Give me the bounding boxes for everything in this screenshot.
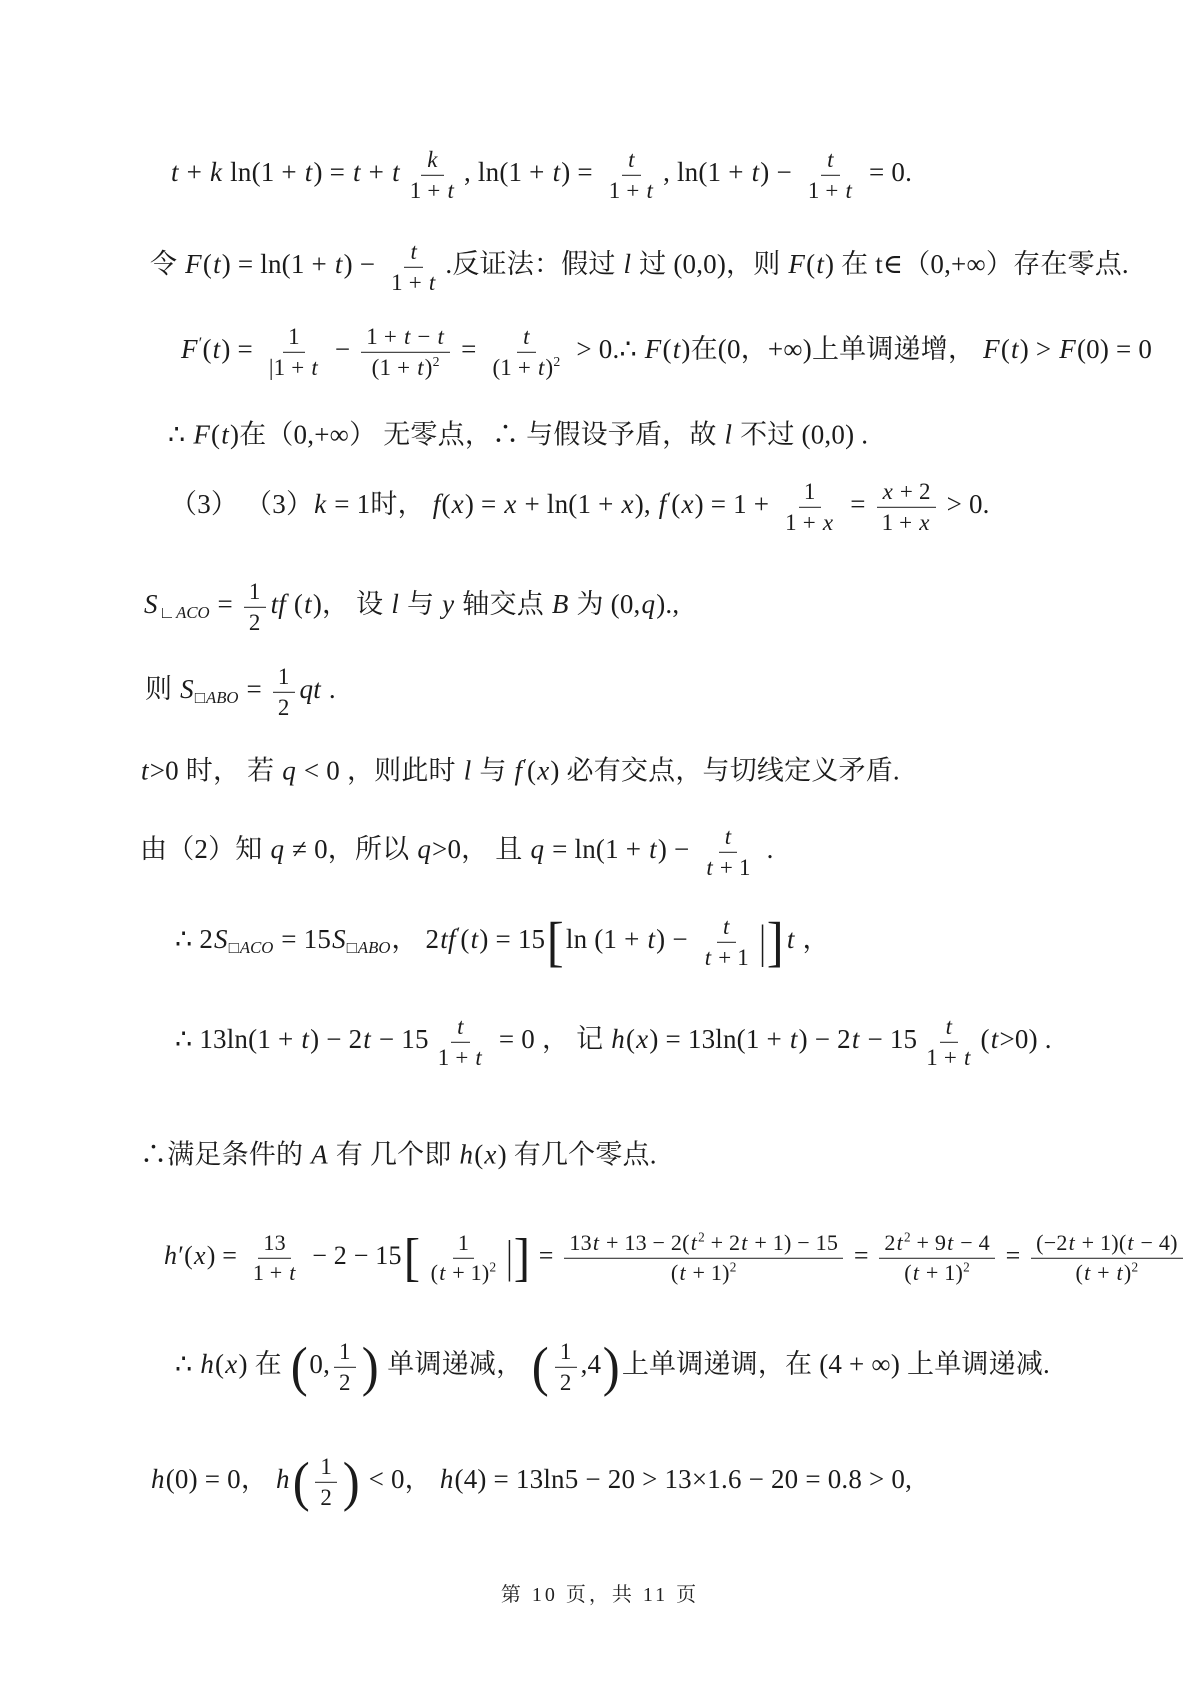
math-text: > 0. bbox=[940, 489, 990, 519]
math-text: ) = bbox=[314, 157, 353, 187]
math-text: ( bbox=[1001, 334, 1010, 364]
math-variable: t bbox=[392, 157, 400, 187]
math-text: 1 bbox=[249, 579, 261, 604]
math-variable: t bbox=[221, 420, 229, 450]
math-variable: t bbox=[647, 924, 655, 954]
math-text: (0) = 0 bbox=[1077, 334, 1152, 364]
math-text: 2 bbox=[560, 1370, 572, 1395]
math-variable: t bbox=[752, 157, 760, 187]
math-variable: t bbox=[353, 157, 361, 187]
math-line: 则 S□ABO = 12qt . bbox=[145, 664, 336, 720]
math-text: = bbox=[211, 589, 240, 619]
math-text: = bbox=[847, 1241, 875, 1270]
math-text: 2 bbox=[730, 1259, 737, 1274]
math-variable: x bbox=[194, 1241, 206, 1270]
denominator: 1 + x bbox=[780, 508, 839, 536]
math-text: 13 bbox=[569, 1230, 592, 1255]
fraction: x + 21 + x bbox=[877, 479, 936, 535]
math-text: 1 + bbox=[366, 324, 403, 349]
math-text: ) = 1 + bbox=[695, 489, 777, 519]
math-text: ( bbox=[474, 1140, 483, 1170]
fraction: k1 + t bbox=[405, 147, 460, 203]
math-text: >0) . bbox=[999, 1024, 1051, 1054]
numerator: t bbox=[451, 1014, 470, 1043]
math-text: 1 + bbox=[808, 178, 845, 203]
math-line: ∴ F(t)在（0,+∞） 无零点，∴ 与假设予盾，故 l 不过 (0,0) . bbox=[168, 413, 868, 452]
superscript: 2 bbox=[433, 354, 440, 369]
math-text: 与 bbox=[400, 589, 441, 619]
denominator: 1 + t bbox=[803, 176, 858, 204]
math-line: ∴ h(x) 在 (0,12) 单调递减， (12,4)上单调递调，在 (4 +… bbox=[175, 1339, 1050, 1395]
math-text: = bbox=[240, 674, 269, 704]
math-variable: t bbox=[787, 924, 795, 954]
superscript: 2 bbox=[1131, 1259, 1138, 1274]
math-text: □ bbox=[195, 688, 205, 707]
math-text: ln(1 + bbox=[223, 157, 304, 187]
fraction: 12 bbox=[273, 664, 295, 720]
math-variable: t bbox=[646, 178, 653, 203]
math-text: = bbox=[843, 489, 872, 519]
denominator: 1 + t bbox=[433, 1043, 488, 1071]
math-text: 2 bbox=[1131, 1259, 1138, 1274]
math-variable: t bbox=[311, 355, 318, 380]
denominator: (1 + t)2 bbox=[367, 353, 445, 381]
numerator: t bbox=[404, 239, 423, 268]
math-text: , ln(1 + bbox=[663, 157, 751, 187]
math-variable: t bbox=[790, 1024, 798, 1054]
math-text: = ln(1 + bbox=[545, 834, 648, 864]
math-variable: t bbox=[1011, 334, 1019, 364]
math-text: 1 + bbox=[253, 1260, 288, 1285]
denominator: 2 bbox=[334, 1368, 356, 1396]
math-text: 不过 (0,0) . bbox=[733, 420, 868, 450]
math-variable: t bbox=[1117, 1260, 1123, 1285]
fraction: t1 + t bbox=[921, 1014, 976, 1070]
math-text: ) − 2 bbox=[310, 1024, 362, 1054]
math-variable: q bbox=[417, 834, 431, 864]
math-variable: h bbox=[276, 1464, 290, 1494]
numerator: 1 bbox=[273, 664, 295, 693]
math-text: 1 + bbox=[785, 510, 822, 535]
math-variable: t bbox=[705, 945, 712, 970]
math-variable: t bbox=[1127, 1230, 1133, 1255]
math-text: ( bbox=[202, 334, 211, 364]
math-text: 有 几个即 bbox=[329, 1140, 459, 1170]
math-text: )， 设 bbox=[313, 589, 391, 619]
math-variable: f bbox=[515, 756, 523, 786]
math-text: − bbox=[328, 334, 357, 364]
math-text: (0) = 0， bbox=[166, 1464, 275, 1494]
math-text: 2 bbox=[320, 1485, 332, 1510]
numerator: 1 + t − t bbox=[361, 324, 450, 353]
math-text: (1 + bbox=[372, 355, 417, 380]
math-text: 1 + bbox=[609, 178, 646, 203]
numerator: x + 2 bbox=[877, 479, 936, 508]
math-variable: B bbox=[552, 589, 569, 619]
numerator: 13t + 13 − 2(t2 + 2t + 1) − 15 bbox=[564, 1231, 843, 1259]
math-text: ) = bbox=[561, 157, 600, 187]
math-text: ) − bbox=[760, 157, 799, 187]
math-text: < 0 ，则此时 bbox=[297, 756, 463, 786]
denominator: (t + 1)2 bbox=[666, 1259, 742, 1286]
page-footer: 第 10 页，共 11 页 bbox=[0, 1578, 1200, 1607]
denominator: (t + 1)2 bbox=[426, 1259, 502, 1286]
math-variable: t bbox=[171, 157, 179, 187]
math-text: 为 (0, bbox=[570, 589, 641, 619]
math-variable: x bbox=[537, 756, 549, 786]
math-variable: t bbox=[1084, 1260, 1090, 1285]
superscript: 2 bbox=[730, 1259, 737, 1274]
math-text: ( bbox=[441, 489, 450, 519]
fraction: t1 + t bbox=[604, 147, 659, 203]
superscript: 2 bbox=[553, 354, 560, 369]
fraction: tt + 1 bbox=[700, 824, 755, 880]
math-variable: F bbox=[983, 334, 1000, 364]
math-text: − 15 bbox=[861, 1024, 918, 1054]
math-text: ( bbox=[211, 420, 220, 450]
math-text: ( bbox=[287, 589, 303, 619]
math-variable: h bbox=[151, 1464, 165, 1494]
math-variable: F bbox=[185, 249, 202, 279]
numerator: (−2t + 1)(t − 4) bbox=[1031, 1231, 1183, 1259]
math-text: + 1 bbox=[714, 855, 751, 880]
math-text: 1 + bbox=[410, 178, 447, 203]
math-variable: h bbox=[200, 1349, 214, 1379]
math-text: 2 bbox=[278, 695, 290, 720]
math-variable: t bbox=[213, 334, 221, 364]
math-text: ( bbox=[203, 249, 212, 279]
math-variable: k bbox=[314, 489, 326, 519]
math-variable: t bbox=[706, 855, 713, 880]
math-text: < 0， bbox=[362, 1464, 439, 1494]
math-text: = bbox=[999, 1241, 1027, 1270]
numerator: t bbox=[622, 147, 641, 176]
superscript: 2 bbox=[698, 1229, 705, 1244]
math-variable: h bbox=[611, 1024, 625, 1054]
math-text: = bbox=[532, 1241, 560, 1270]
math-text: ,4 bbox=[581, 1349, 602, 1379]
math-text: − 15 bbox=[372, 1024, 429, 1054]
math-text: ∴ bbox=[175, 1349, 199, 1379]
fraction: 11 + x bbox=[780, 479, 839, 535]
math-text: (1 + bbox=[492, 355, 537, 380]
math-text: 1 + bbox=[882, 510, 919, 535]
fraction: 131 + t bbox=[248, 1231, 302, 1285]
math-text: ) = ln(1 + bbox=[222, 249, 334, 279]
math-variable: f bbox=[659, 489, 667, 519]
math-text: + 1)( bbox=[1076, 1230, 1126, 1255]
math-variable: F bbox=[181, 334, 198, 364]
math-text: 则 bbox=[145, 674, 179, 704]
math-text: 2 bbox=[904, 1229, 911, 1244]
math-text: ( bbox=[981, 1024, 990, 1054]
fraction: 2t2 + 9t − 4(t + 1)2 bbox=[879, 1231, 994, 1285]
denominator: 1 + t bbox=[386, 268, 441, 296]
math-variable: f bbox=[433, 489, 441, 519]
math-text: − 4 bbox=[955, 1230, 990, 1255]
math-text: )., bbox=[656, 589, 679, 619]
subscript: □ABO bbox=[195, 688, 240, 707]
math-variable: t bbox=[523, 324, 530, 349]
math-variable: F bbox=[788, 249, 805, 279]
math-variable: x bbox=[622, 489, 634, 519]
denominator: 1 + x bbox=[877, 508, 936, 536]
superscript: 2 bbox=[489, 1259, 496, 1274]
subscript: □ABO bbox=[347, 938, 392, 957]
math-text: + 2 bbox=[705, 1230, 740, 1255]
fraction: tt + 1 bbox=[699, 914, 754, 970]
math-text: 2 bbox=[249, 610, 261, 635]
math-variable: t bbox=[289, 1260, 295, 1285]
math-text: 2 bbox=[698, 1229, 705, 1244]
math-variable: S bbox=[180, 674, 194, 704]
denominator: 2 bbox=[273, 693, 295, 721]
math-text: .反证法：假过 bbox=[445, 249, 622, 279]
math-variable: t bbox=[723, 914, 730, 939]
math-text: 1 bbox=[288, 324, 300, 349]
math-variable: F bbox=[645, 334, 662, 364]
math-variable: t bbox=[852, 1024, 860, 1054]
math-variable: k bbox=[210, 157, 222, 187]
math-text: ) = bbox=[465, 489, 504, 519]
math-variable: x bbox=[484, 1140, 496, 1170]
numerator: 1 bbox=[244, 579, 266, 608]
numerator: 1 bbox=[334, 1339, 356, 1368]
fraction: t1 + t bbox=[803, 147, 858, 203]
numerator: t bbox=[517, 324, 536, 353]
math-text: ( bbox=[806, 249, 815, 279]
math-text: 2 bbox=[884, 1230, 895, 1255]
math-text: ∴ bbox=[168, 420, 192, 450]
math-variable: h bbox=[460, 1140, 474, 1170]
math-text: , ln(1 + bbox=[464, 157, 552, 187]
math-text: ) − 2 bbox=[799, 1024, 851, 1054]
math-line: ∴ 2S□ACO = 15S□ABO， 2tf′(t) = 15[ln (1 +… bbox=[175, 914, 830, 970]
math-text: ) = bbox=[221, 334, 260, 364]
math-text: ) = 15 bbox=[479, 924, 545, 954]
math-variable: t bbox=[553, 157, 561, 187]
math-variable: ABO bbox=[358, 938, 391, 957]
superscript: 2 bbox=[904, 1229, 911, 1244]
math-variable: t bbox=[404, 324, 411, 349]
math-variable: x bbox=[823, 510, 833, 535]
math-text: 13 bbox=[263, 1230, 286, 1255]
math-variable: t bbox=[679, 1260, 685, 1285]
math-text: （3） （3） bbox=[170, 489, 313, 519]
math-line: 令 F(t) = ln(1 + t) − t1 + t.反证法：假过 l 过 (… bbox=[150, 239, 1129, 295]
numerator: 2t2 + 9t − 4 bbox=[879, 1231, 994, 1259]
denominator: 1 + t bbox=[248, 1259, 302, 1286]
math-line: 由（2）知 q ≠ 0，所以 q>0， 且 q = ln(1 + t) − tt… bbox=[140, 824, 774, 880]
math-variable: tf bbox=[440, 924, 455, 954]
math-text: 2 bbox=[489, 1259, 496, 1274]
math-variable: t bbox=[471, 924, 479, 954]
math-variable: l bbox=[391, 589, 399, 619]
math-text: ( bbox=[663, 334, 672, 364]
math-text: ( bbox=[431, 1260, 439, 1285]
math-variable: k bbox=[427, 147, 437, 172]
math-text: 1 bbox=[278, 664, 290, 689]
fraction: 1(t + 1)2 bbox=[426, 1231, 502, 1285]
math-variable: y bbox=[442, 589, 454, 619]
math-variable: t bbox=[913, 1260, 919, 1285]
numerator: k bbox=[421, 147, 443, 176]
fraction: 1|1 + t bbox=[264, 324, 324, 380]
math-text: ∴满足条件的 bbox=[140, 1140, 310, 1170]
math-variable: x bbox=[883, 479, 893, 504]
math-text: >0， 且 bbox=[432, 834, 529, 864]
math-variable: x bbox=[636, 1024, 648, 1054]
math-text: ， 2 bbox=[391, 924, 439, 954]
math-variable: t bbox=[725, 824, 732, 849]
math-variable: l bbox=[464, 756, 472, 786]
math-text: ( bbox=[671, 489, 680, 519]
math-variable: h bbox=[440, 1464, 454, 1494]
math-text: (4) = 13ln5 − 20 > 13×1.6 − 20 = 0.8 > 0… bbox=[455, 1464, 913, 1494]
math-line: ∴满足条件的 A 有 几个即 h(x) 有几个零点. bbox=[140, 1133, 657, 1172]
fraction: 12 bbox=[244, 579, 266, 635]
math-variable: t bbox=[816, 249, 824, 279]
math-variable: q bbox=[270, 834, 284, 864]
math-text: + 13 − 2( bbox=[600, 1230, 690, 1255]
math-text: 1 bbox=[320, 1454, 332, 1479]
subscript: ∟ACO bbox=[159, 603, 211, 622]
math-variable: t bbox=[457, 1014, 464, 1039]
math-variable: t bbox=[447, 178, 454, 203]
math-text: ) 在 t∈（0,+∞）存在零点. bbox=[825, 249, 1129, 279]
math-text: 轴交点 bbox=[455, 589, 551, 619]
fraction: 12 bbox=[315, 1454, 337, 1510]
math-text: > 0.∴ bbox=[569, 334, 643, 364]
denominator: 1 + t bbox=[604, 176, 659, 204]
denominator: 2 bbox=[555, 1368, 577, 1396]
math-text: ′( bbox=[178, 1241, 193, 1270]
denominator: 1 + t bbox=[921, 1043, 976, 1071]
math-variable: t bbox=[363, 1024, 371, 1054]
math-variable: t bbox=[673, 334, 681, 364]
math-line: S∟ACO = 12tf (t)， 设 l 与 y 轴交点 B 为 (0,q).… bbox=[143, 579, 679, 635]
math-variable: S bbox=[332, 924, 346, 954]
math-variable: t bbox=[439, 1260, 445, 1285]
math-text: ( bbox=[215, 1349, 224, 1379]
denominator: (t + 1)2 bbox=[899, 1259, 975, 1286]
math-text: ( bbox=[904, 1260, 912, 1285]
math-variable: t bbox=[335, 249, 343, 279]
math-line: t + k ln(1 + t) = t + tk1 + t, ln(1 + t)… bbox=[170, 147, 912, 203]
math-text: 2 bbox=[553, 354, 560, 369]
math-text: + 1) bbox=[920, 1260, 963, 1285]
math-text: 单调递减， bbox=[380, 1349, 530, 1379]
math-text: ， bbox=[796, 924, 830, 954]
math-text: − bbox=[412, 324, 437, 349]
math-variable: t bbox=[991, 1024, 999, 1054]
math-variable: t bbox=[846, 178, 853, 203]
math-variable: x bbox=[452, 489, 464, 519]
math-text: ) 必有交点，与切线定义矛盾. bbox=[550, 756, 900, 786]
math-line: F′(t) = 1|1 + t − 1 + t − t(1 + t)2 = t(… bbox=[180, 324, 1152, 380]
math-text: 1 + bbox=[926, 1045, 963, 1070]
math-variable: t bbox=[438, 324, 445, 349]
math-line: h(0) = 0， h(12) < 0， h(4) = 13ln5 − 20 >… bbox=[150, 1454, 912, 1510]
math-line: h′(x) = 131 + t − 2 − 15[1(t + 1)2|] = 1… bbox=[163, 1231, 1187, 1285]
math-variable: t bbox=[301, 1024, 309, 1054]
math-variable: t bbox=[897, 1230, 903, 1255]
math-text: ∴ 2 bbox=[175, 924, 213, 954]
math-text: ln (1 + bbox=[566, 924, 647, 954]
math-text: 2 bbox=[433, 354, 440, 369]
math-text: 与 bbox=[472, 756, 513, 786]
math-variable: t bbox=[417, 355, 424, 380]
math-variable: t bbox=[410, 239, 417, 264]
superscript: 2 bbox=[963, 1259, 970, 1274]
math-variable: q bbox=[282, 756, 296, 786]
math-text: 1 bbox=[458, 1230, 469, 1255]
math-text: 1 bbox=[339, 1339, 351, 1364]
math-text: + 9 bbox=[911, 1230, 946, 1255]
math-variable: t bbox=[213, 249, 221, 279]
math-variable: A bbox=[311, 1140, 328, 1170]
math-variable: x bbox=[504, 489, 516, 519]
math-line: （3） （3）k = 1时， f(x) = x + ln(1 + x), f′(… bbox=[170, 479, 990, 535]
math-text: ) > bbox=[1020, 334, 1059, 364]
math-text: + 2 bbox=[894, 479, 931, 504]
math-line: ∴ 13ln(1 + t) − 2t − 15t1 + t = 0 ， 记 h(… bbox=[175, 1014, 1052, 1070]
math-text: = 0 ， 记 bbox=[492, 1024, 610, 1054]
math-text: ∴ 13ln(1 + bbox=[175, 1024, 300, 1054]
math-variable: x bbox=[681, 489, 693, 519]
fraction: 1 + t − t(1 + t)2 bbox=[361, 324, 450, 380]
math-text: + bbox=[180, 157, 209, 187]
math-text: . bbox=[322, 674, 336, 704]
fraction: 12 bbox=[334, 1339, 356, 1395]
fraction: 13t + 13 − 2(t2 + 2t + 1) − 15(t + 1)2 bbox=[564, 1231, 843, 1285]
math-text: 1 bbox=[804, 479, 816, 504]
numerator: t bbox=[719, 824, 738, 853]
math-text: ( bbox=[626, 1024, 635, 1054]
fraction: t1 + t bbox=[433, 1014, 488, 1070]
math-text: (−2 bbox=[1036, 1230, 1067, 1255]
numerator: t bbox=[821, 147, 840, 176]
math-variable: x bbox=[225, 1349, 237, 1379]
math-variable: tf bbox=[271, 589, 286, 619]
fraction: 12 bbox=[555, 1339, 577, 1395]
math-text: □ bbox=[229, 938, 239, 957]
math-variable: t bbox=[649, 834, 657, 864]
numerator: 1 bbox=[283, 324, 305, 353]
math-text: ) − bbox=[656, 924, 695, 954]
math-text: ) 在 bbox=[238, 1349, 288, 1379]
math-text: + 1) bbox=[687, 1260, 730, 1285]
math-text: ) − bbox=[658, 834, 697, 864]
math-variable: t bbox=[141, 756, 149, 786]
math-text: 1 + bbox=[391, 270, 428, 295]
math-variable: ACO bbox=[176, 603, 209, 622]
math-text: ), bbox=[635, 489, 658, 519]
numerator: t bbox=[717, 914, 736, 943]
math-text: 1 + bbox=[438, 1045, 475, 1070]
math-text: ( bbox=[460, 924, 469, 954]
math-variable: l bbox=[725, 420, 733, 450]
denominator: (t + t)2 bbox=[1071, 1259, 1144, 1286]
math-text: ( bbox=[527, 756, 536, 786]
math-text: + 1 bbox=[712, 945, 749, 970]
math-text: = bbox=[454, 334, 483, 364]
math-text: = 1时， bbox=[327, 489, 431, 519]
math-variable: q bbox=[530, 834, 544, 864]
math-text: ) bbox=[425, 355, 433, 380]
math-text: )在（0,+∞） 无零点，∴ 与假设予盾，故 bbox=[230, 420, 724, 450]
math-variable: S bbox=[214, 924, 228, 954]
